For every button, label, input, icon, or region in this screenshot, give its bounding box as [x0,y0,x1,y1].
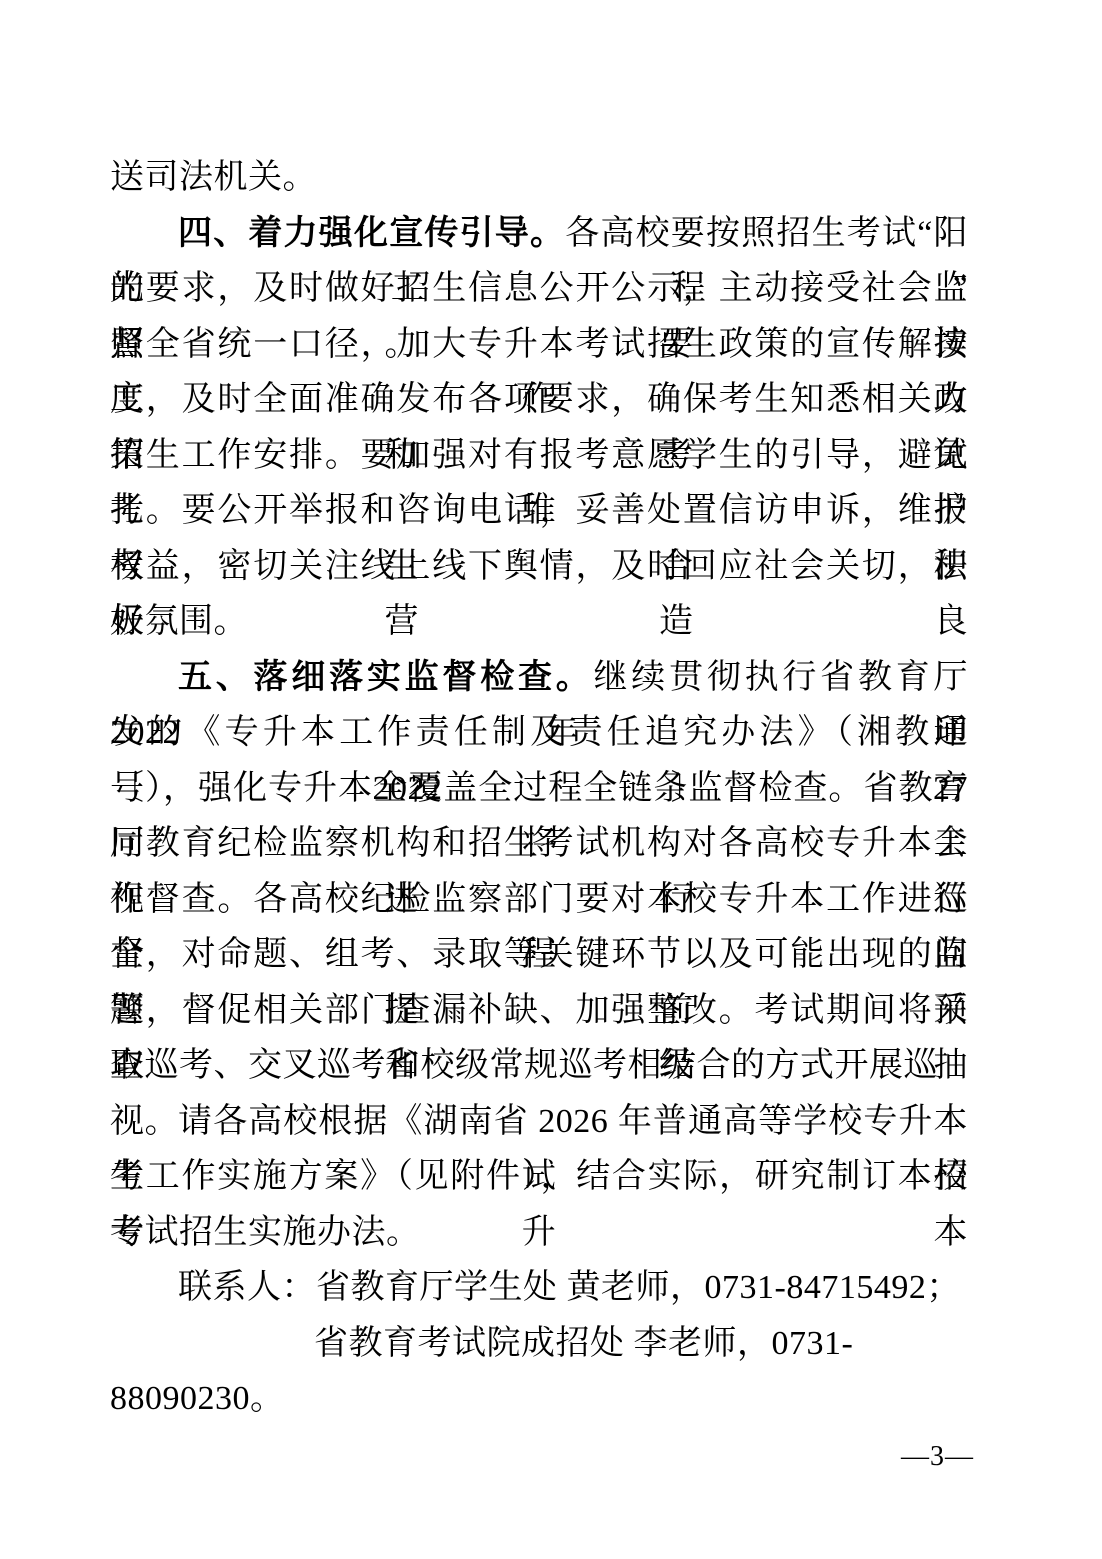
text-line: 考。要公开举报和咨询电话，妥善处置信访申诉，维护考生合法 [110,483,968,539]
body-text: 好氛围。 [110,603,248,640]
text-line: 度，及时全面准确发布各项要求，确保考生知悉相关政策和考试 [110,372,968,428]
section-heading: 五、落细落实监督检查。 [178,658,594,696]
text-line: 发的《专升本工作责任制及责任追究办法》（湘教通〔2022〕27 [110,705,968,761]
text-line: 视督查。各高校纪检监察部门要对本校专升本工作进行全程监 [110,872,968,928]
page-number: —3— [901,1440,974,1474]
document-page: 送司法机关。四、着力强化宣传引导。各高校要按照招生考试“阳光工程”的要求，及时做… [0,0,1102,1559]
text-line: 五、落细落实监督检查。继续贯彻执行省教育厅 2022 年印 [110,650,968,706]
text-line: 督，对命题、组考、录取等关键环节以及可能出现的问题提前预 [110,927,968,983]
text-line: 请各高校根据《湖南省 2026 年普通高等学校专升本考试招 [110,1094,968,1150]
section-heading: 四、着力强化宣传引导。 [178,214,565,252]
text-line: 查巡考、交叉巡考和校级常规巡考相结合的方式开展巡视。 [110,1038,968,1094]
text-line: 号），强化专升本全覆盖全过程全链条监督检查。省教育厅将会 [110,761,968,817]
text-line: 生工作实施方案》（见附件），结合实际，研究制订本校专升本 [110,1149,968,1205]
text-line: 联系人：省教育厅学生处 黄老师，0731-84715492； [110,1260,968,1316]
text-line: 照全省统一口径，加大专升本考试招生政策的宣传解读工作力 [110,317,968,373]
text-line: 的要求，及时做好招生信息公开公示，主动接受社会监督。要按 [110,261,968,317]
text-line: 权益，密切关注线上线下舆情，及时回应社会关切，积极营造良 [110,539,968,595]
text-line: 同教育纪检监察机构和招生考试机构对各高校专升本工作进行巡 [110,816,968,872]
text-line: 送司法机关。 [110,150,968,206]
text-line: 警，督促相关部门查漏补缺、加强整改。考试期间将采取省级抽 [110,983,968,1039]
document-body: 送司法机关。四、着力强化宣传引导。各高校要按照招生考试“阳光工程”的要求，及时做… [110,150,968,1371]
body-text: 省教育考试院成招处 李老师，0731-88090230。 [110,1325,853,1418]
body-text: 考试招生实施办法。 [110,1214,421,1251]
text-line: 省教育考试院成招处 李老师，0731-88090230。 [110,1316,968,1372]
text-line: 四、着力强化宣传引导。各高校要按照招生考试“阳光工程” [110,206,968,262]
text-line: 招生工作安排。要加强对有报考意愿学生的引导，避免扎堆报 [110,428,968,484]
body-text: 送司法机关。 [110,159,317,196]
body-text: 联系人：省教育厅学生处 黄老师，0731-84715492； [178,1269,961,1306]
